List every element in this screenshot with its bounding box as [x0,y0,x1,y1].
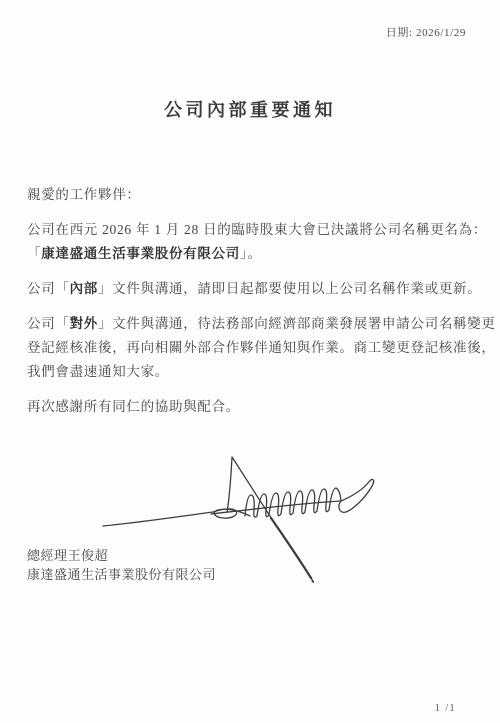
bold-text-segment: 對外 [70,316,98,331]
text-segment: 公司在西元 2026 年 1 月 28 日的臨時股東大會已決議將公司名稱更名為： [27,222,487,237]
bold-text-segment: 康達盛通生活事業股份有限公司 [41,246,240,261]
text-line: 公司「內部」文件與溝通，請即日起都要使用以上公司名稱作業或更新。 [27,277,475,301]
date-label: 日期: 2026/1/29 [386,24,466,40]
signature-loops-stroke [245,488,341,517]
document-title: 公司內部重要通知 [0,96,500,122]
text-line: 公司「對外」文件與溝通，待法務部向經濟部商業發展署申請公司名稱變更 [27,312,475,336]
page-number: 1 /1 [435,703,456,714]
body-paragraphs: 公司在西元 2026 年 1 月 28 日的臨時股東大會已決議將公司名稱更名為：… [27,218,475,419]
text-segment: 公司「 [27,316,70,331]
signer-name-line: 總經理王俊超 [27,546,216,565]
paragraph: 公司「對外」文件與溝通，待法務部向經濟部商業發展署申請公司名稱變更登記經核准後，… [27,312,475,384]
greeting-line: 親愛的工作夥伴： [27,183,475,207]
document-body: 親愛的工作夥伴： 公司在西元 2026 年 1 月 28 日的臨時股東大會已決議… [27,183,475,430]
text-segment: 」文件與溝通，待法務部向經濟部商業發展署申請公司名稱變更 [98,316,496,331]
text-segment: 」文件與溝通，請即日起都要使用以上公司名稱作業或更新。 [98,281,481,296]
text-segment: 登記經核准後，再向相關外部合作夥伴通知與作業。商工變更登記核准後， [27,340,496,355]
text-segment: 」。 [240,246,262,261]
text-segment: 公司「 [27,281,70,296]
paragraph: 公司在西元 2026 年 1 月 28 日的臨時股東大會已決議將公司名稱更名為：… [27,218,475,266]
text-segment: 「 [27,246,41,261]
text-line: 「康達盛通生活事業股份有限公司」。 [27,242,475,266]
signature-tail-stroke [103,509,250,526]
paragraph: 公司「內部」文件與溝通，請即日起都要使用以上公司名稱作業或更新。 [27,277,475,301]
text-line: 再次感謝所有同仁的協助與配合。 [27,395,475,419]
paragraph: 再次感謝所有同仁的協助與配合。 [27,395,475,419]
signature-diagonal-thick-stroke [271,518,311,578]
text-segment: 我們會盡速通知大家。 [27,364,169,379]
closing-block: 總經理王俊超 康達盛通生活事業股份有限公司 [27,546,216,584]
text-line: 登記經核准後，再向相關外部合作夥伴通知與作業。商工變更登記核准後， [27,336,475,360]
text-line: 公司在西元 2026 年 1 月 28 日的臨時股東大會已決議將公司名稱更名為： [27,218,475,242]
bold-text-segment: 內部 [70,281,98,296]
company-name-line: 康達盛通生活事業股份有限公司 [27,565,216,584]
signature-crossline-stroke [211,479,374,514]
text-segment: 再次感謝所有同仁的協助與配合。 [27,399,240,414]
text-line: 我們會盡速通知大家。 [27,360,475,384]
document-page: 日期: 2026/1/29 公司內部重要通知 親愛的工作夥伴： 公司在西元 20… [0,0,500,723]
